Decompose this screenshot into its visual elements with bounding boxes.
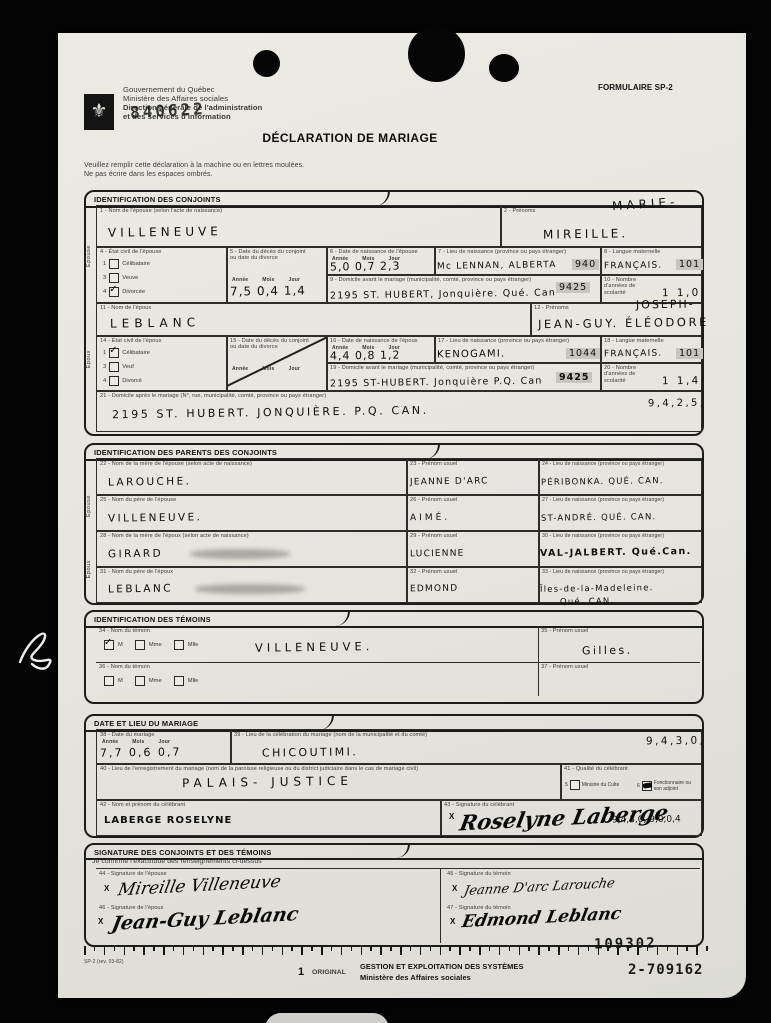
scanned-document: ⚜ Gouvernement du Québec Ministère des A… [0,0,771,1023]
checkbox-temoin1-mme [135,640,145,650]
value-prenoms-epoux-1: JOSEPH- [636,298,695,312]
value-28: GIRARD [108,548,163,561]
footer-copy-number: 1 [298,966,304,978]
value-33: Îles-de-la-Madeleine. [540,583,654,595]
footer-revision: SP-2 (rev. 03-82) [84,959,124,965]
code-langue-epouse: 101 [676,259,703,270]
value-27: ST-ANDRÉ. QUÉ. CAN. [541,512,657,524]
value-42: LABERGE ROSELYNE [104,815,232,826]
checkbox-celibataire-epoux [109,348,119,358]
footer-dept-2: Ministère des Affaires sociales [360,975,471,981]
side-label-epouse: Épouse [86,245,92,267]
value-34: VILLENEUVE. [255,639,374,655]
checkbox-celibataire-epouse [109,259,119,269]
value-langue-epoux: FRANÇAIS. [604,349,663,360]
field-36: 36 - Nom du témoin M Mme Mlle [96,662,539,696]
checkbox-temoin2-mlle [174,676,184,686]
value-nom-epouse: VILLENEUVE [108,224,222,240]
value-date-naissance-epoux: 4,4 0,8 1,2 [330,349,401,363]
field-44-label: 44 - Signature de l'épouse [99,871,167,877]
section-conjoints-title: IDENTIFICATION DES CONJOINTS [94,195,221,204]
checkbox-divorcee [109,287,119,297]
checkbox-temoin2-mme [135,676,145,686]
value-35: Gilles. [582,644,633,658]
margin-scribble [14,616,66,674]
value-29: LUCIENNE [410,549,465,560]
batch-stamp: 109302 [594,935,657,952]
signatures-subtitle: Je confirme l'exactitude des renseigneme… [92,859,262,865]
value-prenoms-epouse-2: MIREILLE. [543,226,628,241]
code-43: 9,4,3,0, 9,0,0,4 [612,815,681,826]
code-39: 9,4,3,0, [646,735,705,748]
section-signatures-title: SIGNATURE DES CONJOINTS ET DES TÉMOINS [94,848,271,857]
value-date-divorce-epouse: 7,5 0,4 1,4 [230,283,306,298]
checkbox-divorce [109,376,119,386]
x-mark-temoin-2: X [450,917,455,926]
crossed-out-mark [227,336,327,391]
checkbox-veuve [109,273,119,283]
value-26: AIMÉ. [410,513,450,524]
value-lieu-naissance-epoux: KENOGAMI. [437,349,506,361]
section-date-lieu-title: DATE ET LIEU DU MARIAGE [94,719,198,728]
value-date-naissance-epouse: 5,0 0,7 2,3 [330,260,401,274]
erased-text-smudge-1 [190,549,290,559]
footer-dept-1: GESTION ET EXPLOITATION DES SYSTÈMES [360,964,523,970]
value-30: VAL-JALBERT. Qué.Can. [540,546,692,559]
code-domicile-apres: 9,4,2,5, [648,398,706,410]
next-sheet-edge [262,1010,392,1023]
value-31: LEBLANC [108,583,173,596]
x-mark-celebrant: X [449,812,454,821]
code-lieu-naissance-epouse: 940 [572,259,599,270]
value-39: CHICOUTIMI. [262,745,358,759]
signatures-divider [440,868,441,943]
checkbox-temoin1-m [104,640,114,650]
instruction-line-1: Veuillez remplir cette déclaration à la … [84,163,304,169]
hole-punch-right [489,54,519,82]
quebec-logo: ⚜ [84,94,114,130]
code-langue-epoux: 101 [676,348,703,359]
field-15-date-deces-divorce-epoux: 15 - Date du décès du conjoint ou date d… [226,335,328,392]
value-40: PALAIS- JUSTICE [182,774,353,790]
value-lieu-naissance-epouse: Mc LENNAN, ALBERTA [437,260,557,272]
erased-text-smudge-2 [195,584,305,594]
x-mark-epoux: X [98,917,103,926]
value-nom-epoux: LEBLANC [110,315,200,330]
value-24: PÉRIBONKA. QUÉ. CAN. [541,476,664,488]
signatures-row-divider [96,868,700,869]
side-label-epoux-parents: Époux [86,560,92,578]
value-38: 7,7 0,6 0,7 [100,745,182,759]
checkbox-fonctionnaire [642,781,652,791]
checkbox-veuf [109,362,119,372]
field-14-etat-civil-epoux: 14 - État civil de l'époux 1Célibataire … [96,335,228,392]
org-line-1: Gouvernement du Québec [123,87,215,93]
serial-number: 2-709162 [628,962,703,978]
x-mark-temoin-1: X [452,884,457,893]
checkbox-temoin1-mlle [174,640,184,650]
value-22: LAROUCHE. [108,475,191,488]
hole-punch-center [408,26,465,82]
value-scolarite-epoux: 1 1,4 [662,375,701,388]
side-label-epoux: Époux [86,350,92,368]
x-mark-epouse: X [104,884,109,893]
field-4-etat-civil-epouse: 4 - État civil de l'épouse 1Célibataire … [96,246,228,304]
field-41: 41 - Qualité du célébrant 5Ministre du C… [560,763,702,801]
value-prenoms-epoux-2: JEAN-GUY. ÉLÉODORE [538,315,709,331]
checkbox-ministre-culte [570,780,580,790]
value-25: VILLENEUVE. [108,511,203,524]
header-number-stamp: 840622 [130,99,207,122]
footer-copy-label: ORIGINAL [312,970,346,976]
value-32: EDMOND [410,584,458,595]
instruction-line-2: Ne pas écrire dans les espaces ombrés. [84,172,213,178]
code-domicile-avant-epoux: 9425 [556,372,592,383]
code-domicile-avant-epouse: 9425 [556,282,590,293]
checkbox-temoin2-m [104,676,114,686]
form-title: DÉCLARATION DE MARIAGE [0,131,700,145]
value-langue-epouse: FRANÇAIS. [604,261,663,272]
field-37: 37 - Prénom usuel [538,662,700,696]
section-temoins-title: IDENTIFICATION DES TÉMOINS [94,615,211,624]
hole-punch-left [253,50,280,77]
section-parents-title: IDENTIFICATION DES PARENTS DES CONJOINTS [94,448,277,457]
form-reference: FORMULAIRE SP-2 [598,85,673,91]
value-33b: Qué. CAN. [560,597,614,608]
field-45-label: 45 - Signature du témoin [447,871,511,877]
code-lieu-naissance-epoux: 1044 [566,348,600,359]
side-label-epouse-parents: Épouse [86,495,92,517]
value-23: JEANNE D'ARC [410,476,489,487]
